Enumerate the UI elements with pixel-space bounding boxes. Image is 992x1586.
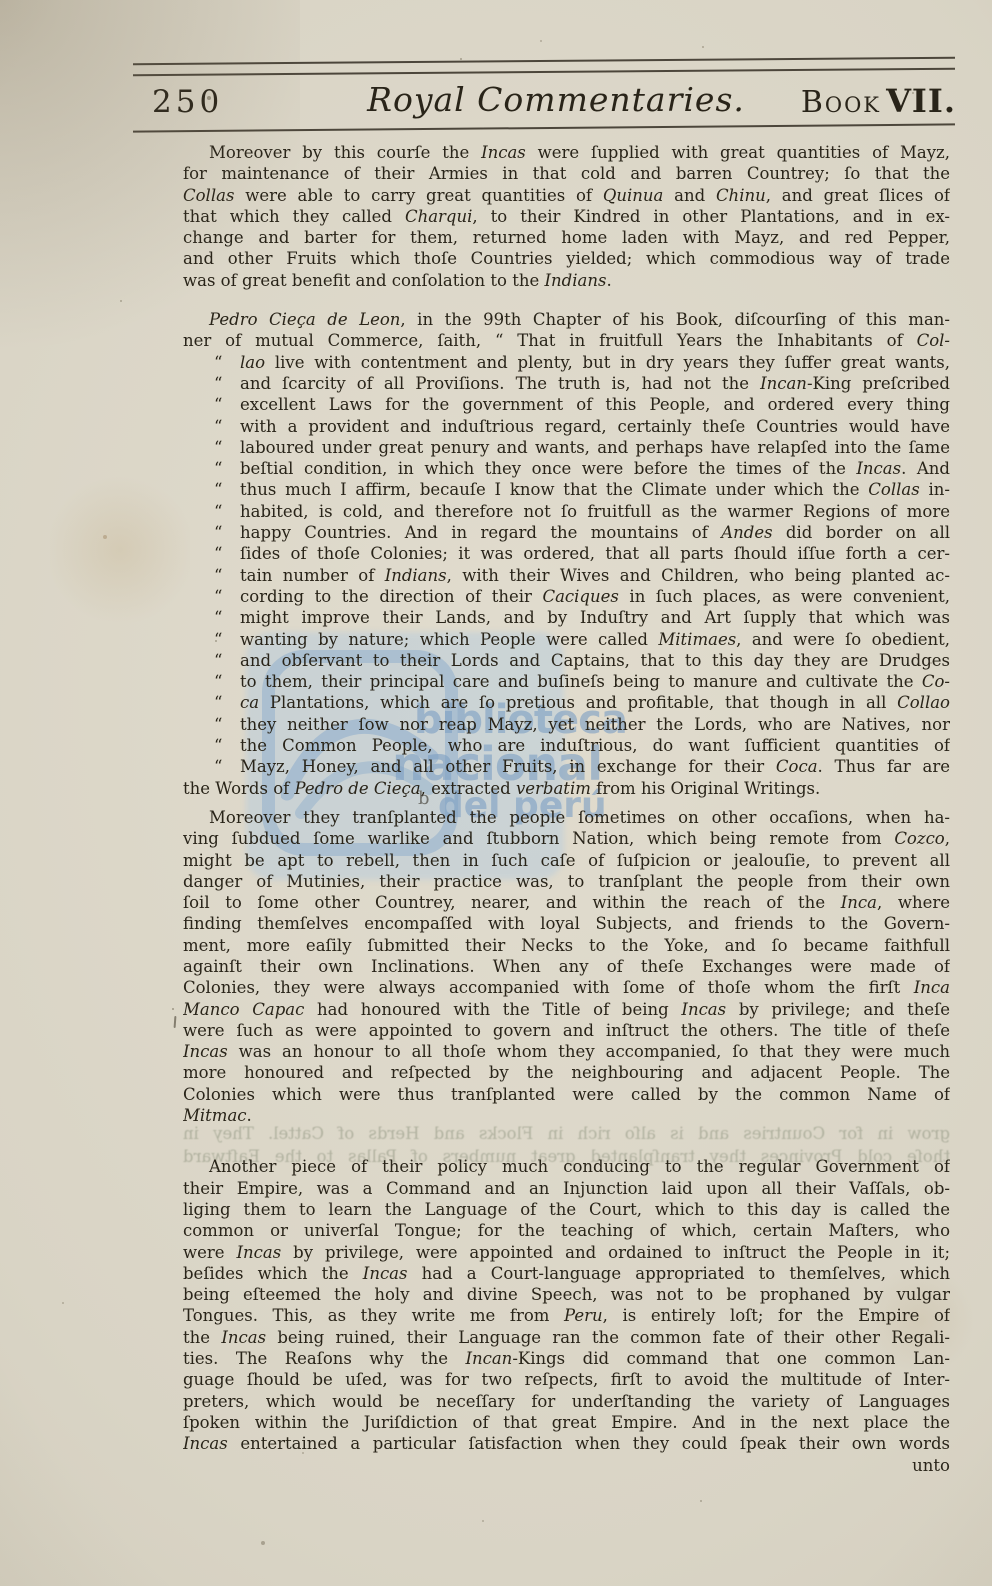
quote-gutter-mark: “: [214, 352, 240, 373]
text-run: Colonies which were thus tranſplanted we…: [183, 1085, 950, 1104]
text-run: guage ſhould be uſed, was for two reſpec…: [183, 1370, 950, 1389]
text-run-italic: Co-: [922, 672, 950, 691]
text-run: were ſupplied with great quantities of M…: [526, 143, 950, 162]
text-run: were: [183, 1243, 237, 1262]
text-run: beſtial condition, in which they once we…: [240, 459, 856, 478]
text-run: being eſteemed the holy and divine Speec…: [183, 1285, 950, 1304]
text-run: ſpoken within the Juriſdiction of that g…: [183, 1413, 950, 1432]
text-line: guage ſhould be uſed, was for two reſpec…: [183, 1369, 950, 1390]
text-run: finding themſelves encompaſſed with loya…: [183, 914, 950, 933]
paragraph-3: Moreover they tranſplanted the people ſo…: [183, 807, 950, 1126]
text-run: entertained a particular ſatisfaction wh…: [228, 1434, 950, 1453]
text-line: for maintenance of their Armies in that …: [183, 163, 950, 184]
text-run: -King preſcribed: [807, 374, 950, 393]
text-run: liging them to learn the Language of the…: [183, 1200, 950, 1219]
text-run: Plantations, which are ſo pretious and p…: [259, 693, 897, 712]
text-line: might be apt to rebell, then in ſuch caſ…: [183, 850, 950, 871]
quote-gutter-mark: “: [214, 586, 240, 607]
text-line: change and barter for them, returned hom…: [183, 227, 950, 248]
text-line: “might improve their Lands, and by Induſ…: [183, 607, 950, 628]
text-line: “they neither ſow nor reap Mayz, yet nei…: [183, 714, 950, 735]
text-line: “Mayz, Honey, and all other Fruits, in e…: [183, 756, 950, 777]
text-run-italic: Chinu: [716, 186, 766, 205]
text-run: Mayz, Honey, and all other Fruits, in ex…: [240, 757, 776, 776]
text-run-italic: Pedro de Cieça: [295, 779, 421, 798]
text-run-italic: Incas: [183, 1434, 228, 1453]
text-line: “lao live with contentment and plenty, b…: [183, 352, 950, 373]
text-run: live with contentment and plenty, but in…: [265, 353, 950, 372]
text-run: . Thus far are: [818, 757, 950, 776]
text-line: danger of Mutinies, their practice was, …: [183, 871, 950, 892]
quote-gutter-mark: “: [214, 714, 240, 735]
text-run: was of great benefit and conſolation to …: [183, 271, 545, 290]
text-run-italic: lao: [240, 353, 265, 372]
text-run: to them, their principal care and buſine…: [240, 672, 922, 691]
text-line: Colonies, they were always accompanied w…: [183, 977, 950, 998]
text-run-italic: Inca: [841, 893, 877, 912]
text-run-italic: ca: [240, 693, 259, 712]
text-run: the Words of: [183, 779, 295, 798]
text-run: from his Original Writings.: [591, 779, 820, 798]
quote-gutter-mark: “: [214, 479, 240, 500]
quote-gutter-mark: “: [214, 501, 240, 522]
text-run: by privilege; and theſe: [726, 1000, 950, 1019]
text-line: Collas were able to carry great quantiti…: [183, 185, 950, 206]
text-run: againſt their own Inclinations. When any…: [183, 957, 950, 976]
text-run-italic: Andes: [721, 523, 772, 542]
text-run-italic: Cozco: [894, 829, 944, 848]
text-run: happy Countries. And in regard the mount…: [240, 523, 721, 542]
text-line: more honoured and reſpected by the neigh…: [183, 1062, 950, 1083]
text-run: were able to carry great quantities of: [234, 186, 602, 205]
text-line: “ca Plantations, which are ſo pretious a…: [183, 692, 950, 713]
text-run-italic: Incan: [760, 374, 807, 393]
quote-gutter-mark: “: [214, 735, 240, 756]
text-run-italic: Manco Capac: [183, 1000, 304, 1019]
text-run-italic: Inca: [914, 978, 950, 997]
text-run-italic: Peru: [564, 1306, 603, 1325]
text-line: Pedro Cieça de Leon, in the 99th Chapter…: [183, 309, 950, 330]
text-run: thus much I affirm, becauſe I know that …: [240, 480, 868, 499]
text-line: ment, more eaſily ſubmitted their Necks …: [183, 935, 950, 956]
text-run-italic: Incas: [856, 459, 901, 478]
book-page: biblioteca nacional del perú 250 Royal C…: [0, 0, 992, 1586]
text-line: “and ſcarcity of all Proviſions. The tru…: [183, 373, 950, 394]
text-run: .: [247, 1106, 252, 1125]
text-line: being eſteemed the holy and divine Speec…: [183, 1284, 950, 1305]
text-run: had a Court-language appropriated to the…: [408, 1264, 950, 1283]
quote-gutter-mark: “: [214, 692, 240, 713]
text-run-italic: Collas: [868, 480, 919, 499]
text-run: was an honour to all thoſe whom they acc…: [228, 1042, 950, 1061]
text-run: Tongues. This, as they write me from: [183, 1306, 564, 1325]
text-line: “cording to the direction of their Caciq…: [183, 586, 950, 607]
text-run: Colonies, they were always accompanied w…: [183, 978, 914, 997]
text-run: ties. The Reaſons why the: [183, 1349, 465, 1368]
text-line: “thus much I affirm, becauſe I know that…: [183, 479, 950, 500]
text-line: “and obſervant to their Lords and Captai…: [183, 650, 950, 671]
quote-gutter-mark: “: [214, 756, 240, 777]
text-run: in ſuch places, as were convenient,: [619, 587, 950, 606]
text-line: Tongues. This, as they write me from Per…: [183, 1305, 950, 1326]
text-run-italic: Indians: [545, 271, 607, 290]
text-run: laboured under great penury and wants, a…: [240, 438, 950, 457]
text-run-italic: Incan: [465, 1349, 512, 1368]
text-run: wanting by nature; which People were cal…: [240, 630, 658, 649]
text-run-italic: Mitmac: [183, 1106, 247, 1125]
text-line: beſides which the Incas had a Court-lang…: [183, 1263, 950, 1284]
text-run: had honoured with the Title of being: [304, 1000, 681, 1019]
text-line: Moreover they tranſplanted the people ſo…: [183, 807, 950, 828]
text-run: .: [606, 271, 611, 290]
text-line: “tain number of Indians, with their Wive…: [183, 565, 950, 586]
text-run-italic: Incas: [183, 1042, 228, 1061]
text-run: were ſuch as were appointed to govern an…: [183, 1021, 950, 1040]
text-run: ſides of thoſe Colonies; it was ordered,…: [240, 544, 950, 563]
text-run-italic: Coca: [776, 757, 818, 776]
text-run: beſides which the: [183, 1264, 363, 1283]
text-line: “beſtial condition, in which they once w…: [183, 458, 950, 479]
text-run: being ruined, their Language ran the com…: [266, 1328, 950, 1347]
text-run-italic: Incas: [481, 143, 526, 162]
text-run: they neither ſow nor reap Mayz, yet neit…: [240, 715, 950, 734]
text-line: “excellent Laws for the government of th…: [183, 394, 950, 415]
text-run: Moreover by this courſe the: [209, 143, 481, 162]
quote-gutter-mark: “: [214, 650, 240, 671]
text-run: , and great ſlices of: [766, 186, 950, 205]
text-line: Manco Capac had honoured with the Title …: [183, 999, 950, 1020]
text-line: “to them, their principal care and buſin…: [183, 671, 950, 692]
text-run: and: [663, 186, 716, 205]
text-run: more honoured and reſpected by the neigh…: [183, 1063, 950, 1082]
text-run: ment, more eaſily ſubmitted their Necks …: [183, 936, 950, 955]
text-line: common or univerſal Tongue; for the teac…: [183, 1220, 950, 1241]
text-run: Moreover they tranſplanted the people ſo…: [209, 808, 950, 827]
text-line: Mitmac.: [183, 1105, 950, 1126]
text-line: Incas entertained a particular ſatisfact…: [183, 1433, 950, 1454]
text-line: “happy Countries. And in regard the moun…: [183, 522, 950, 543]
text-line: were Incas by privilege, were appointed …: [183, 1242, 950, 1263]
text-run: and obſervant to their Lords and Captain…: [240, 651, 950, 670]
text-run: in-: [920, 480, 950, 499]
text-run: with a provident and induſtrious regard,…: [240, 417, 950, 436]
text-run: . And: [901, 459, 950, 478]
text-run: habited, is cold, and therefore not ſo f…: [240, 502, 950, 521]
text-run-italic: Mitimaes: [658, 630, 736, 649]
quote-gutter-mark: “: [214, 437, 240, 458]
text-run: , where: [877, 893, 950, 912]
text-run: preters, which would be neceſſary for un…: [183, 1392, 950, 1411]
text-run-italic: Incas: [681, 1000, 726, 1019]
text-run-italic: verbatim: [516, 779, 591, 798]
paper-specks: [0, 0, 2, 2]
quote-gutter-mark: “: [214, 543, 240, 564]
text-run: ,: [945, 829, 950, 848]
text-line: was of great benefit and conſolation to …: [183, 270, 950, 291]
text-run-italic: Collas: [183, 186, 234, 205]
text-run: Another piece of their policy much condu…: [209, 1157, 950, 1176]
text-line: Another piece of their policy much condu…: [183, 1156, 950, 1177]
quote-gutter-mark: “: [214, 565, 240, 586]
signature-mark: b: [418, 788, 430, 809]
text-run: did border on all: [773, 523, 950, 542]
text-line: and other Fruits which thoſe Countries y…: [183, 248, 950, 269]
text-run: change and barter for them, returned hom…: [183, 228, 950, 247]
paragraph-2: Pedro Cieça de Leon, in the 99th Chapter…: [183, 309, 950, 799]
quote-gutter-mark: “: [214, 458, 240, 479]
text-line: Incas was an honour to all thoſe whom th…: [183, 1041, 950, 1062]
quote-gutter-mark: “: [214, 394, 240, 415]
text-run-italic: Quinua: [603, 186, 664, 205]
text-line: were ſuch as were appointed to govern an…: [183, 1020, 950, 1041]
text-run: ner of mutual Commerce, ſaith, “ That in…: [183, 331, 917, 350]
text-block: Moreover by this courſe the Incas were ſ…: [183, 142, 950, 1476]
quote-gutter-mark: “: [214, 671, 240, 692]
text-run: common or univerſal Tongue; for the teac…: [183, 1221, 950, 1240]
text-run-italic: Incas: [237, 1243, 282, 1262]
text-run: the: [183, 1328, 221, 1347]
text-line: ties. The Reaſons why the Incan-Kings di…: [183, 1348, 950, 1369]
text-run: excellent Laws for the government of thi…: [240, 395, 950, 414]
text-line: that which they called Charqui, to their…: [183, 206, 950, 227]
text-run: , with their Wives and Children, who bei…: [447, 566, 950, 585]
text-run: , and were ſo obedient,: [736, 630, 950, 649]
text-run: , extracted: [421, 779, 516, 798]
text-run: and other Fruits which thoſe Countries y…: [183, 249, 950, 268]
text-run: for maintenance of their Armies in that …: [183, 164, 950, 183]
text-run: by privilege, were appointed and ordaine…: [281, 1243, 950, 1262]
text-run: ving ſubdued ſome warlike and ſtubborn N…: [183, 829, 894, 848]
text-line: ſoil to ſome other Countrey, nearer, and…: [183, 892, 950, 913]
text-run-italic: Pedro Cieça de Leon: [209, 310, 400, 329]
text-run: their Empire, was a Command and an Injun…: [183, 1179, 950, 1198]
text-line: “laboured under great penury and wants, …: [183, 437, 950, 458]
text-run: cording to the direction of their: [240, 587, 542, 606]
text-line: the Incas being ruined, their Language r…: [183, 1327, 950, 1348]
text-run: might improve their Lands, and by Induſt…: [240, 608, 950, 627]
paragraph-4: Another piece of their policy much condu…: [183, 1156, 950, 1454]
text-line: ner of mutual Commerce, ſaith, “ That in…: [183, 330, 950, 351]
text-run: , to their Kindred in other Plantations,…: [472, 207, 950, 226]
text-run: and ſcarcity of all Proviſions. The trut…: [240, 374, 760, 393]
quote-gutter-mark: “: [214, 416, 240, 437]
text-line: againſt their own Inclinations. When any…: [183, 956, 950, 977]
text-line: the Words of Pedro de Cieça, extracted v…: [183, 778, 950, 799]
quote-gutter-mark: “: [214, 373, 240, 394]
text-line: their Empire, was a Command and an Injun…: [183, 1178, 950, 1199]
quote-gutter-mark: “: [214, 522, 240, 543]
text-run: ſoil to ſome other Countrey, nearer, and…: [183, 893, 841, 912]
text-line: liging them to learn the Language of the…: [183, 1199, 950, 1220]
text-run-italic: Indians: [385, 566, 447, 585]
text-run: tain number of: [240, 566, 385, 585]
text-run-italic: Incas: [221, 1328, 266, 1347]
text-line: ving ſubdued ſome warlike and ſtubborn N…: [183, 828, 950, 849]
text-line: “with a provident and induſtrious regard…: [183, 416, 950, 437]
text-run: might be apt to rebell, then in ſuch caſ…: [183, 851, 950, 870]
text-run: danger of Mutinies, their practice was, …: [183, 872, 950, 891]
text-run: , in the 99th Chapter of his Book, diſco…: [400, 310, 950, 329]
text-line: “habited, is cold, and therefore not ſo …: [183, 501, 950, 522]
text-line: “wanting by nature; which People were ca…: [183, 629, 950, 650]
text-line: finding themſelves encompaſſed with loya…: [183, 913, 950, 934]
text-run-italic: Col-: [917, 331, 950, 350]
quote-gutter-mark: “: [214, 629, 240, 650]
text-line: Colonies which were thus tranſplanted we…: [183, 1084, 950, 1105]
text-run-italic: Caciques: [542, 587, 618, 606]
quote-gutter-mark: “: [214, 607, 240, 628]
text-run-italic: Incas: [363, 1264, 408, 1283]
text-run: that which they called: [183, 207, 405, 226]
text-line: “the Common People, who are induſtrious,…: [183, 735, 950, 756]
text-line: preters, which would be neceſſary for un…: [183, 1391, 950, 1412]
text-run: the Common People, who are induſtrious, …: [240, 736, 950, 755]
catchword: unto: [183, 1455, 950, 1476]
text-run: , is entirely loſt; for the Empire of: [603, 1306, 950, 1325]
text-run-italic: Charqui: [405, 207, 472, 226]
text-run-italic: Collao: [897, 693, 950, 712]
text-run: -Kings did command that one common Lan-: [512, 1349, 950, 1368]
paragraph-1: Moreover by this courſe the Incas were ſ…: [183, 142, 950, 291]
text-line: Moreover by this courſe the Incas were ſ…: [183, 142, 950, 163]
text-line: “ſides of thoſe Colonies; it was ordered…: [183, 543, 950, 564]
text-line: ſpoken within the Juriſdiction of that g…: [183, 1412, 950, 1433]
